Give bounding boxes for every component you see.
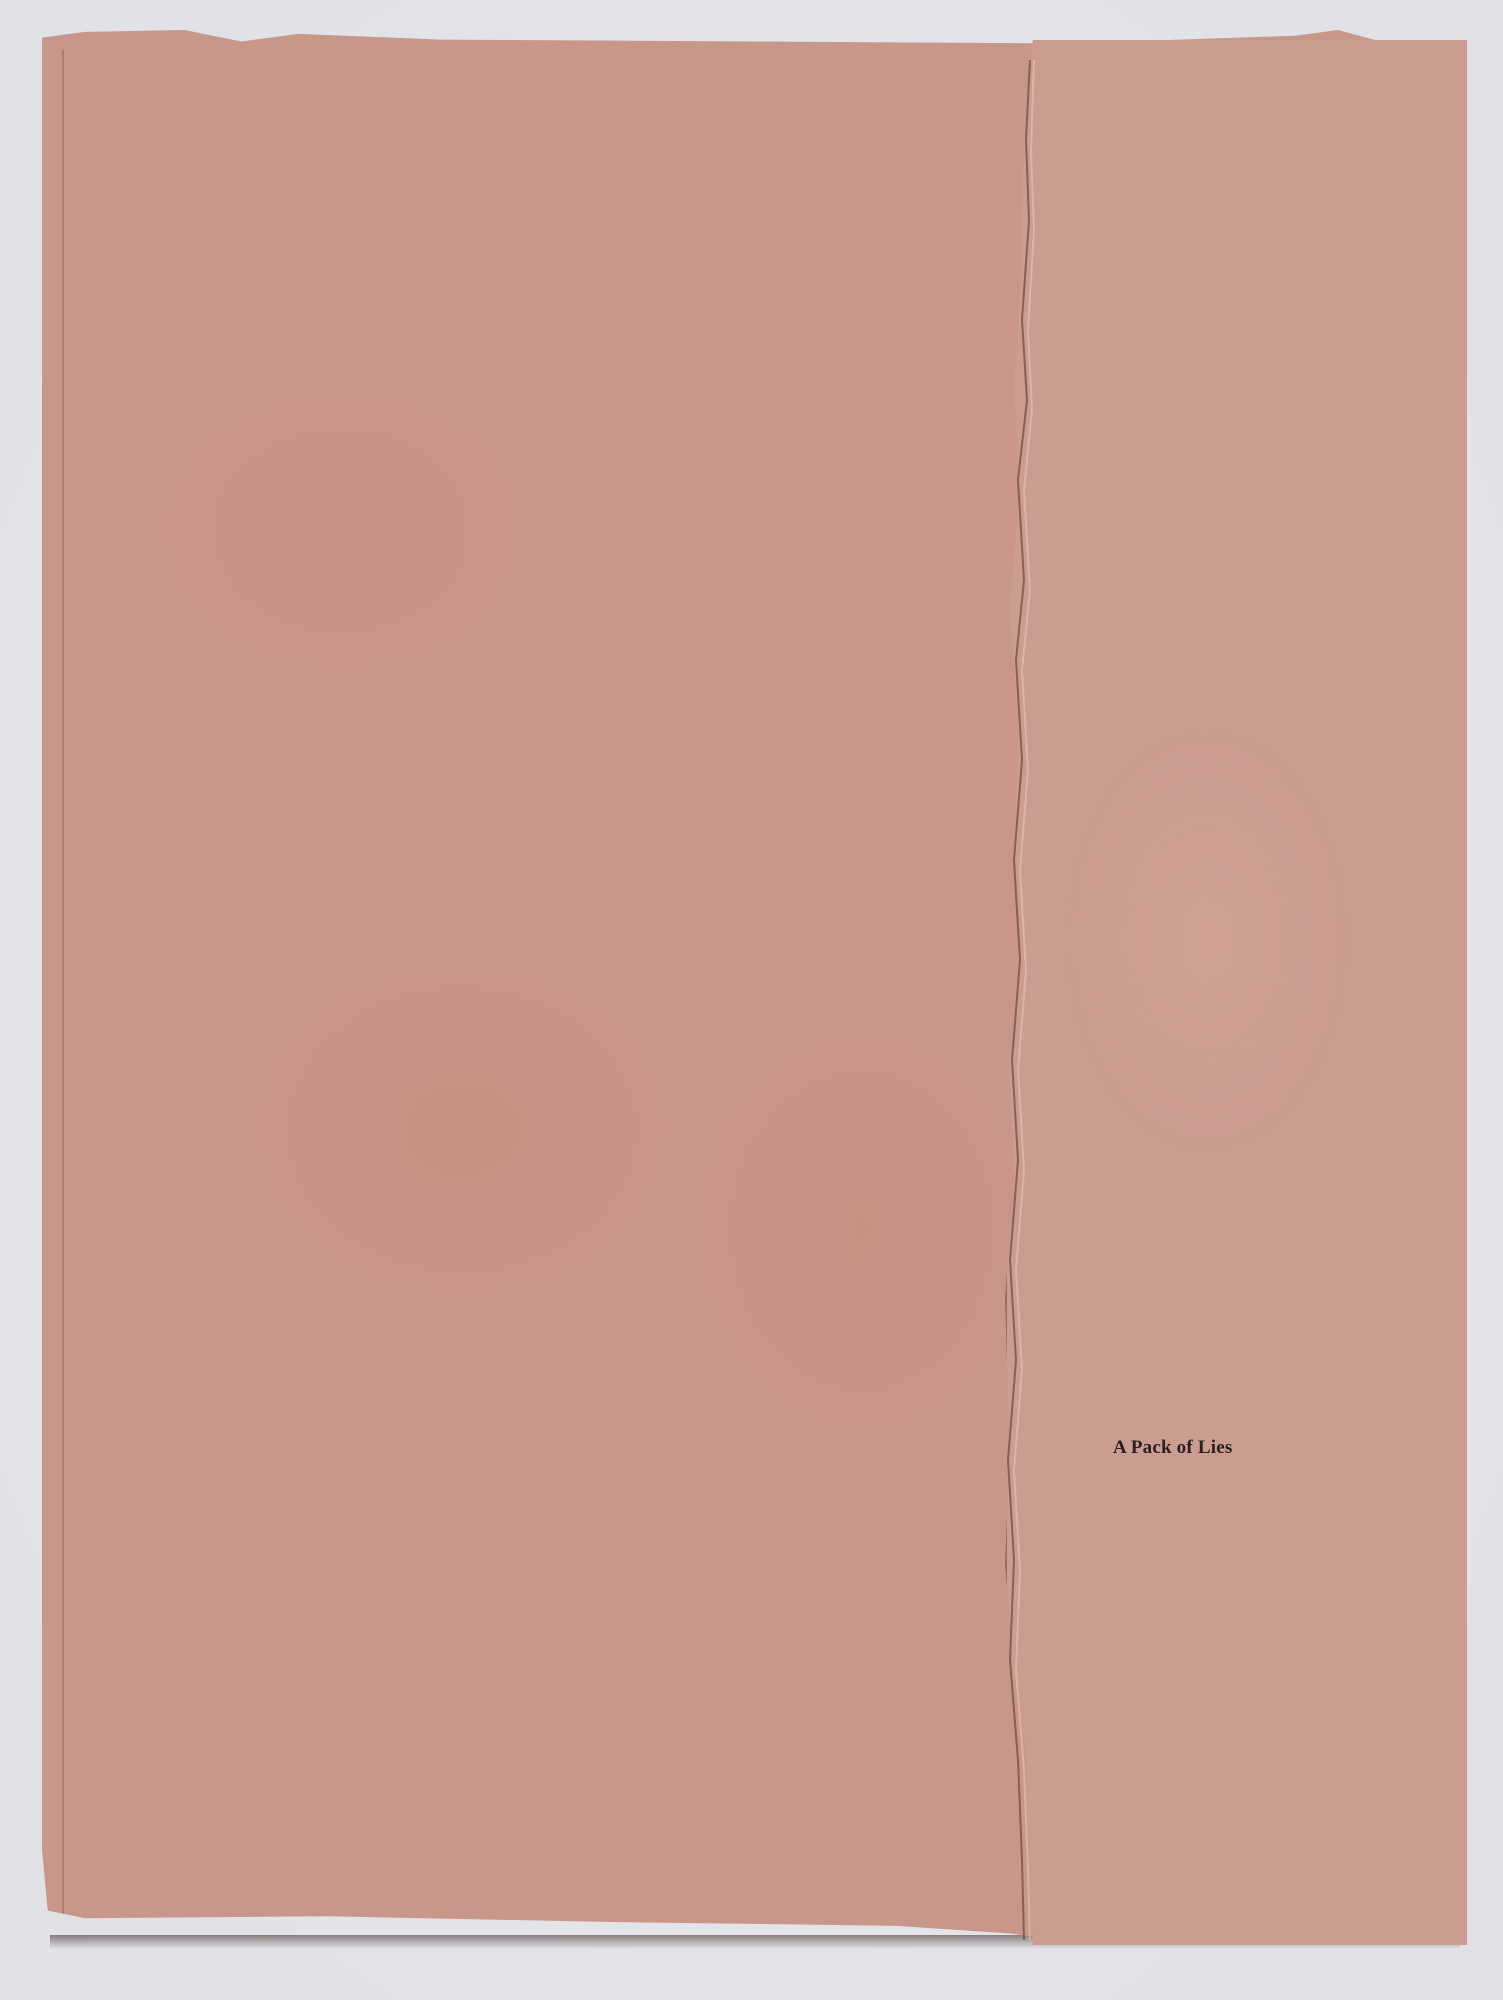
cover-title: A Pack of Lies	[1113, 1437, 1232, 1459]
spine-fold-line	[62, 50, 64, 1925]
torn-edge-line	[1000, 60, 1040, 1940]
torn-flap	[1005, 40, 1467, 1945]
